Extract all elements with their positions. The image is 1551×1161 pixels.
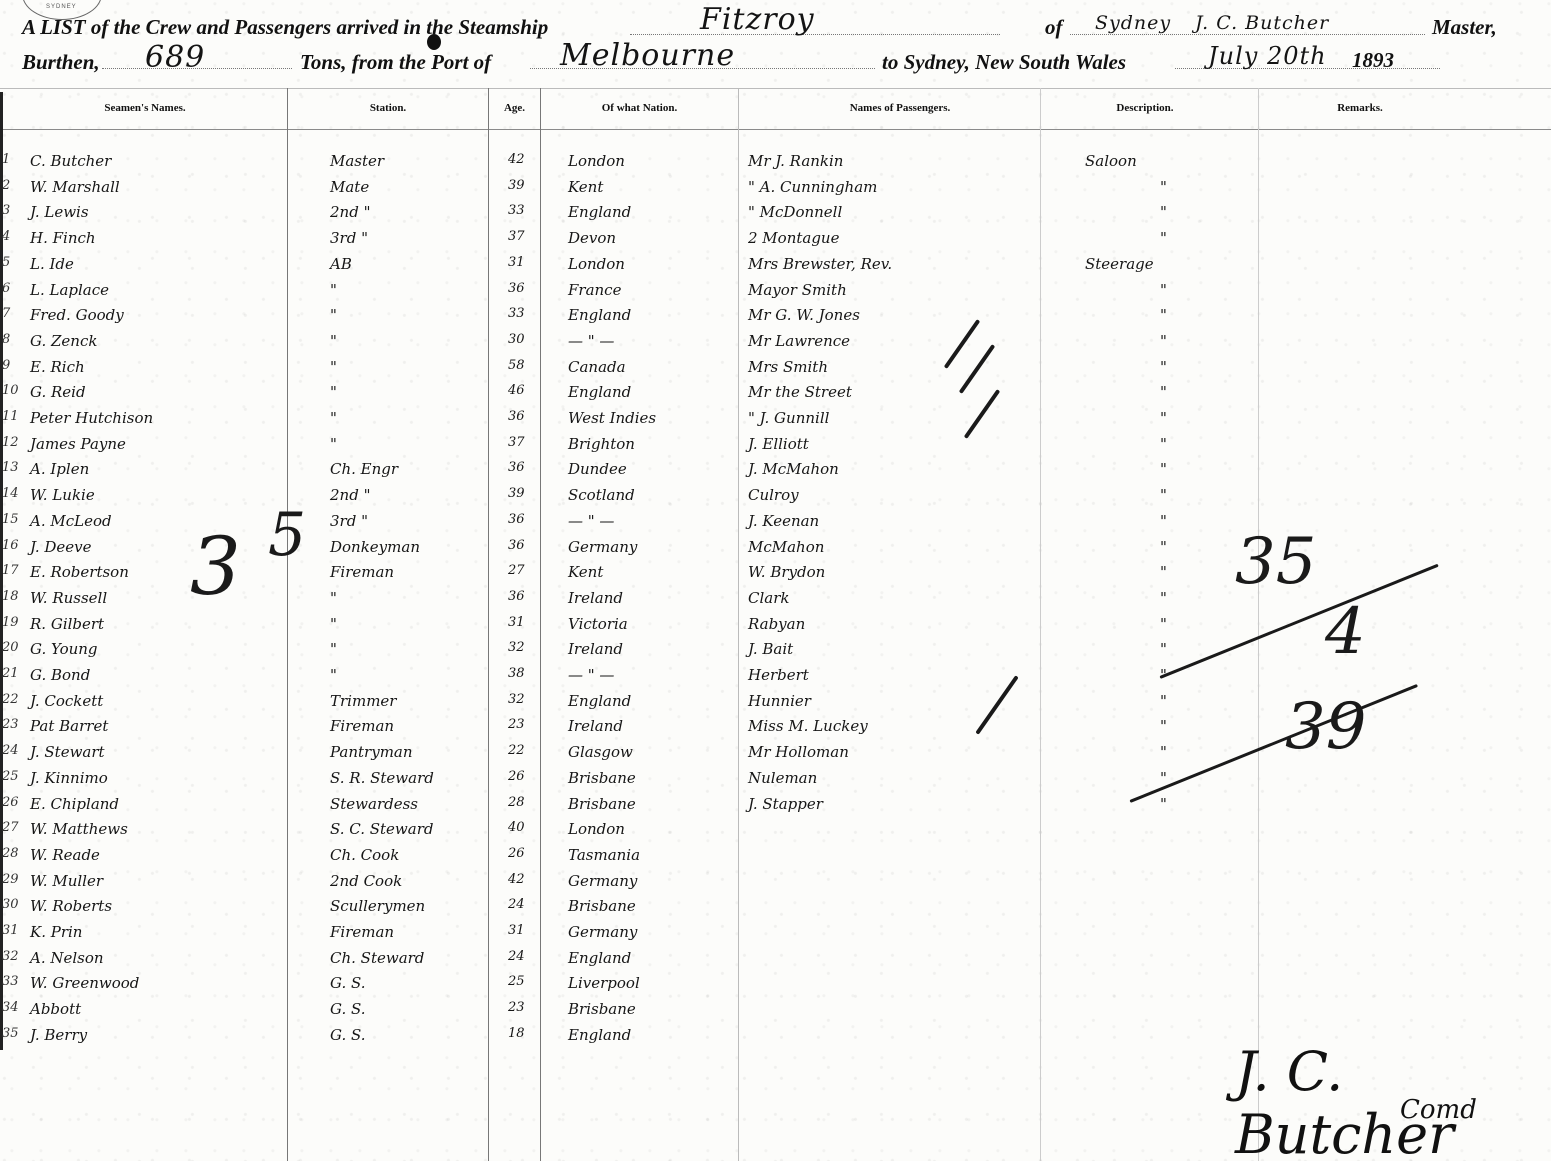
passenger-row: " A. Cunningham" xyxy=(0,178,1551,203)
header-bottom-rule xyxy=(0,129,1551,130)
passenger-name: J. McMahon xyxy=(748,460,839,478)
passenger-row: 2 Montague" xyxy=(0,229,1551,254)
passenger-name: Herbert xyxy=(748,666,809,684)
crew-row: 32A. NelsonCh. Steward24England xyxy=(0,949,1551,974)
crew-row: 33W. GreenwoodG. S.25Liverpool xyxy=(0,974,1551,999)
passenger-description: " xyxy=(1160,178,1167,196)
passenger-description: " xyxy=(1160,460,1167,478)
passenger-description: Saloon xyxy=(1085,152,1137,170)
passenger-name: Mayor Smith xyxy=(748,281,847,299)
passenger-row: J. Elliott" xyxy=(0,435,1551,460)
station: Scullerymen xyxy=(330,897,425,915)
nation: London xyxy=(568,820,625,838)
crew-number: 35 xyxy=(2,1026,19,1041)
age: 24 xyxy=(508,949,525,964)
col-header-seamen-names: Seamen's Names. xyxy=(60,102,230,114)
master-label: Master, xyxy=(1432,15,1497,40)
col-header-nation: Of what Nation. xyxy=(541,102,738,114)
crew-number: 33 xyxy=(2,974,19,989)
arrival-year: 1893 xyxy=(1352,48,1394,73)
seaman-name: W. Matthews xyxy=(30,820,128,838)
col-header-passengers: Names of Passengers. xyxy=(780,102,1020,114)
passenger-row: Herbert" xyxy=(0,666,1551,691)
passenger-description: " xyxy=(1160,332,1167,350)
ship-name: Fitzroy xyxy=(700,2,815,37)
passenger-row: Mrs Smith" xyxy=(0,358,1551,383)
passenger-name: 2 Montague xyxy=(748,229,839,247)
passenger-name: Mr G. W. Jones xyxy=(748,306,860,324)
passenger-name: Mr Lawrence xyxy=(748,332,850,350)
crew-number: 32 xyxy=(2,949,19,964)
nation: Brisbane xyxy=(568,897,636,915)
arrival-date: July 20th xyxy=(1208,42,1327,70)
passenger-name: J. Stapper xyxy=(748,795,823,813)
nation: Tasmania xyxy=(568,846,640,864)
age: 26 xyxy=(508,846,525,861)
passenger-name: W. Brydon xyxy=(748,563,825,581)
passenger-row: Mr J. RankinSaloon xyxy=(0,152,1551,177)
scanned-document-page: SYDNEY A LIST of the Crew and Passengers… xyxy=(0,0,1551,1161)
passenger-description: " xyxy=(1160,743,1167,761)
age: 18 xyxy=(508,1026,525,1041)
passenger-description: " xyxy=(1160,692,1167,710)
passenger-description: " xyxy=(1160,512,1167,530)
nation: England xyxy=(568,949,631,967)
passenger-description: " xyxy=(1160,795,1167,813)
passenger-name: Mrs Smith xyxy=(748,358,828,376)
passenger-row: " J. Gunnill" xyxy=(0,409,1551,434)
passenger-row: J. Bait" xyxy=(0,640,1551,665)
crew-row: 31K. PrinFireman31Germany xyxy=(0,923,1551,948)
crew-row: 29W. Muller2nd Cook42Germany xyxy=(0,872,1551,897)
col-header-age: Age. xyxy=(489,102,540,114)
passenger-description: " xyxy=(1160,229,1167,247)
tally-grand-total: 39 xyxy=(1285,690,1366,764)
passenger-description: " xyxy=(1160,538,1167,556)
passenger-row: Mr the Street" xyxy=(0,383,1551,408)
passenger-name: Nuleman xyxy=(748,769,817,787)
passenger-name: Clark xyxy=(748,589,789,607)
seaman-name: W. Muller xyxy=(30,872,103,890)
passenger-row: Mayor Smith" xyxy=(0,281,1551,306)
age: 42 xyxy=(508,872,525,887)
passenger-description: " xyxy=(1160,383,1167,401)
station: Ch. Cook xyxy=(330,846,399,864)
station: 2nd Cook xyxy=(330,872,402,890)
crew-row: 27W. MatthewsS. C. Steward40London xyxy=(0,820,1551,845)
passenger-name: J. Bait xyxy=(748,640,793,658)
passenger-description: " xyxy=(1160,717,1167,735)
passenger-description: " xyxy=(1160,486,1167,504)
passenger-name: J. Elliott xyxy=(748,435,809,453)
nation: Germany xyxy=(568,872,637,890)
station: Ch. Steward xyxy=(330,949,424,967)
crew-number: 29 xyxy=(2,872,19,887)
seaman-name: W. Roberts xyxy=(30,897,112,915)
margin-mark-3: 3 xyxy=(190,520,241,613)
destination-label: to Sydney, New South Wales xyxy=(882,50,1126,75)
margin-mark-5: 5 xyxy=(268,500,306,570)
seaman-name: W. Reade xyxy=(30,846,100,864)
passenger-name: Mr J. Rankin xyxy=(748,152,843,170)
passenger-description: " xyxy=(1160,435,1167,453)
nation: England xyxy=(568,1026,631,1044)
passenger-name: Mr the Street xyxy=(748,383,852,401)
passenger-description: " xyxy=(1160,203,1167,221)
signature-title: Comd xyxy=(1400,1095,1477,1125)
col-header-description: Description. xyxy=(1070,102,1220,114)
nation: Liverpool xyxy=(568,974,640,992)
seaman-name: K. Prin xyxy=(30,923,82,941)
passenger-row: Mr G. W. Jones" xyxy=(0,306,1551,331)
passenger-description: " xyxy=(1160,358,1167,376)
passenger-row: Rabyan" xyxy=(0,615,1551,640)
crew-row: 30W. RobertsScullerymen24Brisbane xyxy=(0,897,1551,922)
passenger-description: " xyxy=(1160,640,1167,658)
passenger-name: Culroy xyxy=(748,486,799,504)
of-label: of xyxy=(1045,15,1063,40)
master-name: J. C. Butcher xyxy=(1195,12,1329,34)
from-port: Melbourne xyxy=(560,38,735,73)
passenger-description: " xyxy=(1160,589,1167,607)
passenger-description: " xyxy=(1160,615,1167,633)
ink-blot xyxy=(427,34,441,50)
passenger-row: Culroy" xyxy=(0,486,1551,511)
passenger-name: Rabyan xyxy=(748,615,805,633)
col-header-station: Station. xyxy=(288,102,488,114)
nation: Brisbane xyxy=(568,1000,636,1018)
ship-name-dotted-line xyxy=(630,34,1000,35)
passenger-description: " xyxy=(1160,281,1167,299)
tally-mid: 4 xyxy=(1325,595,1366,669)
passenger-name: " J. Gunnill xyxy=(748,409,829,427)
seaman-name: Abbott xyxy=(30,1000,81,1018)
passenger-row: Mr Lawrence" xyxy=(0,332,1551,357)
passenger-name: J. Keenan xyxy=(748,512,819,530)
age: 31 xyxy=(508,923,525,938)
passenger-name: Mr Holloman xyxy=(748,743,849,761)
passenger-description: Steerage xyxy=(1085,255,1154,273)
passenger-description: " xyxy=(1160,306,1167,324)
master-signature: J. C. Butcher xyxy=(1235,1040,1551,1161)
crew-row: 28W. ReadeCh. Cook26Tasmania xyxy=(0,846,1551,871)
age: 23 xyxy=(508,1000,525,1015)
passenger-row: J. McMahon" xyxy=(0,460,1551,485)
passenger-row: " McDonnell" xyxy=(0,203,1551,228)
age: 25 xyxy=(508,974,525,989)
home-port: Sydney xyxy=(1095,12,1171,34)
passenger-name: Miss M. Luckey xyxy=(748,717,868,735)
col-header-remarks: Remarks. xyxy=(1290,102,1430,114)
passenger-name: " A. Cunningham xyxy=(748,178,877,196)
passenger-description: " xyxy=(1160,409,1167,427)
port-master-dotted-line xyxy=(1070,34,1425,35)
crew-number: 27 xyxy=(2,820,19,835)
burthen-label: Burthen, xyxy=(22,50,100,75)
passenger-description: " xyxy=(1160,563,1167,581)
stamp-text: SYDNEY xyxy=(46,4,77,10)
crew-number: 34 xyxy=(2,1000,19,1015)
tally-crew-total: 35 xyxy=(1235,525,1316,599)
station: S. C. Steward xyxy=(330,820,434,838)
crew-row: 34AbbottG. S.23Brisbane xyxy=(0,1000,1551,1025)
station: Fireman xyxy=(330,923,394,941)
burthen-value: 689 xyxy=(145,40,205,75)
passenger-row: J. Stapper" xyxy=(0,795,1551,820)
passenger-name: McMahon xyxy=(748,538,824,556)
seaman-name: A. Nelson xyxy=(30,949,104,967)
station: G. S. xyxy=(330,974,366,992)
passenger-row: Mrs Brewster, Rev.Steerage xyxy=(0,255,1551,280)
list-title: A LIST of the Crew and Passengers arrive… xyxy=(22,15,548,40)
passenger-name: Mrs Brewster, Rev. xyxy=(748,255,892,273)
tons-from-port-label: Tons, from the Port of xyxy=(300,50,491,75)
crew-number: 30 xyxy=(2,897,19,912)
seaman-name: W. Greenwood xyxy=(30,974,139,992)
station: G. S. xyxy=(330,1026,366,1044)
passenger-row: Nuleman" xyxy=(0,769,1551,794)
passenger-name: " McDonnell xyxy=(748,203,842,221)
crew-number: 28 xyxy=(2,846,19,861)
passenger-name: Hunnier xyxy=(748,692,811,710)
crew-number: 31 xyxy=(2,923,19,938)
station: G. S. xyxy=(330,1000,366,1018)
seaman-name: J. Berry xyxy=(30,1026,87,1044)
age: 24 xyxy=(508,897,525,912)
age: 40 xyxy=(508,820,525,835)
nation: Germany xyxy=(568,923,637,941)
table-top-rule xyxy=(0,88,1551,89)
